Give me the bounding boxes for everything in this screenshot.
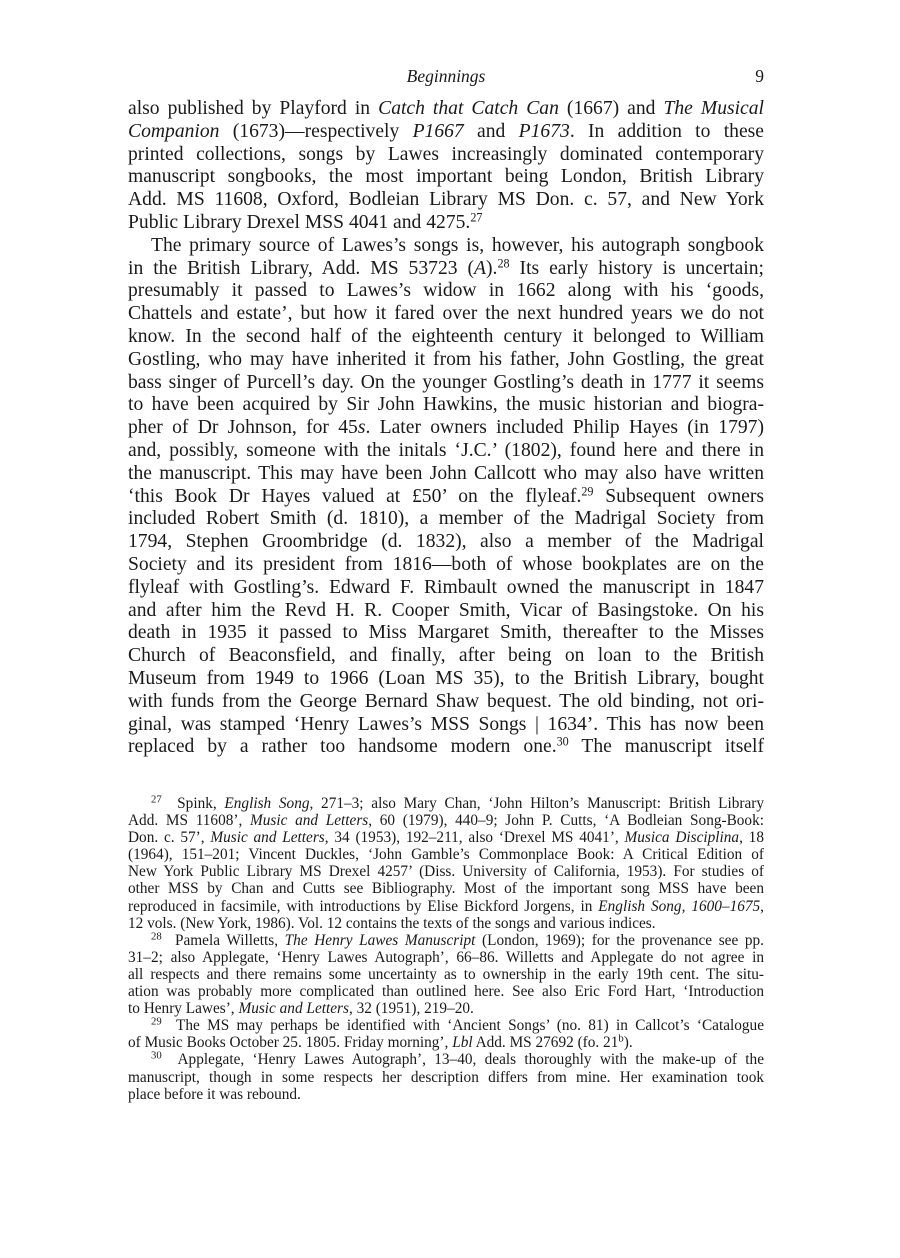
footnote-line: 30 Applegate, ‘Henry Lawes Autograph’, 1… (128, 1051, 764, 1068)
text-line: death in 1935 it passed to Miss Margaret… (128, 622, 764, 645)
text-line: to have been acquired by Sir John Hawkin… (128, 394, 764, 417)
paragraph: also published by Playford in Catch that… (128, 98, 764, 235)
paragraph: The primary source of Lawes’s songs is, … (128, 235, 764, 759)
text-line: 1794, Stephen Groombridge (d. 1832), als… (128, 531, 764, 554)
text-line: bass singer of Purcell’s day. On the you… (128, 372, 764, 395)
text-line: Chattels and estate’, but how it fared o… (128, 303, 764, 326)
footnote-line: Add. MS 11608’, Music and Letters, 60 (1… (128, 812, 764, 829)
text-line: ‘this Book Dr Hayes valued at £50’ on th… (128, 486, 764, 509)
text-line: Add. MS 11608, Oxford, Bodleian Library … (128, 189, 764, 212)
footnote-30: 30 Applegate, ‘Henry Lawes Autograph’, 1… (128, 1051, 764, 1102)
footnote-line: (1964), 151–201; Vincent Duckles, ‘John … (128, 846, 764, 863)
text-line: Society and its president from 1816—both… (128, 554, 764, 577)
text-line: with funds from the George Bernard Shaw … (128, 691, 764, 714)
footnotes: 27 Spink, English Song, 271–3; also Mary… (128, 795, 764, 1103)
footnote-line: all respects and there remains some unce… (128, 966, 764, 983)
page: Beginnings 9 also published by Playford … (128, 64, 764, 759)
footnote-line: New York Public Library MS Drexel 4257’ … (128, 863, 764, 880)
footnote-line: place before it was rebound. (128, 1086, 764, 1103)
running-head-title: Beginnings (128, 66, 764, 87)
running-head: Beginnings 9 (128, 64, 764, 88)
text-line: Gostling, who may have inherited it from… (128, 349, 764, 372)
text-line: The primary source of Lawes’s songs is, … (128, 235, 764, 258)
text-line: replaced by a rather too handsome modern… (128, 736, 764, 759)
text-line: pher of Dr Johnson, for 45s. Later owner… (128, 417, 764, 440)
text-line: and, possibly, someone with the initals … (128, 440, 764, 463)
footnote-line: 12 vols. (New York, 1986). Vol. 12 conta… (128, 915, 764, 932)
text-line: flyleaf with Gostling’s. Edward F. Rimba… (128, 577, 764, 600)
body-text: also published by Playford in Catch that… (128, 98, 764, 759)
text-line: manuscript songbooks, the most important… (128, 166, 764, 189)
text-line: also published by Playford in Catch that… (128, 98, 764, 121)
footnote-29: 29 The MS may perhaps be identified with… (128, 1017, 764, 1051)
text-line: Museum from 1949 to 1966 (Loan MS 35), t… (128, 668, 764, 691)
footnote-line: ation was probably more complicated than… (128, 983, 764, 1000)
text-line: Church of Beaconsfield, and finally, aft… (128, 645, 764, 668)
footnote-line: to Henry Lawes’, Music and Letters, 32 (… (128, 1000, 764, 1017)
text-line: included Robert Smith (d. 1810), a membe… (128, 508, 764, 531)
footnote-line: manuscript, though in some respects her … (128, 1069, 764, 1086)
text-line: in the British Library, Add. MS 53723 (A… (128, 258, 764, 281)
text-line: printed collections, songs by Lawes incr… (128, 144, 764, 167)
text-line: the manuscript. This may have been John … (128, 463, 764, 486)
text-line: and after him the Revd H. R. Cooper Smit… (128, 600, 764, 623)
footnote-line: 28 Pamela Willetts, The Henry Lawes Manu… (128, 932, 764, 949)
page-number: 9 (755, 66, 764, 87)
footnote-line: other MSS by Chan and Cutts see Bibliogr… (128, 880, 764, 897)
text-line: Public Library Drexel MSS 4041 and 4275.… (128, 212, 764, 235)
footnote-line: reproduced in facsimile, with introducti… (128, 898, 764, 915)
footnote-line: 31–2; also Applegate, ‘Henry Lawes Autog… (128, 949, 764, 966)
footnote-28: 28 Pamela Willetts, The Henry Lawes Manu… (128, 932, 764, 1017)
footnote-line: 27 Spink, English Song, 271–3; also Mary… (128, 795, 764, 812)
text-line: know. In the second half of the eighteen… (128, 326, 764, 349)
footnote-line: 29 The MS may perhaps be identified with… (128, 1017, 764, 1034)
footnote-27: 27 Spink, English Song, 271–3; also Mary… (128, 795, 764, 932)
footnote-line: Don. c. 57’, Music and Letters, 34 (1953… (128, 829, 764, 846)
text-line: ginal, was stamped ‘Henry Lawes’s MSS So… (128, 714, 764, 737)
text-line: Companion (1673)—respectively P1667 and … (128, 121, 764, 144)
footnote-line: of Music Books October 25. 1805. Friday … (128, 1034, 764, 1051)
text-line: presumably it passed to Lawes’s widow in… (128, 280, 764, 303)
